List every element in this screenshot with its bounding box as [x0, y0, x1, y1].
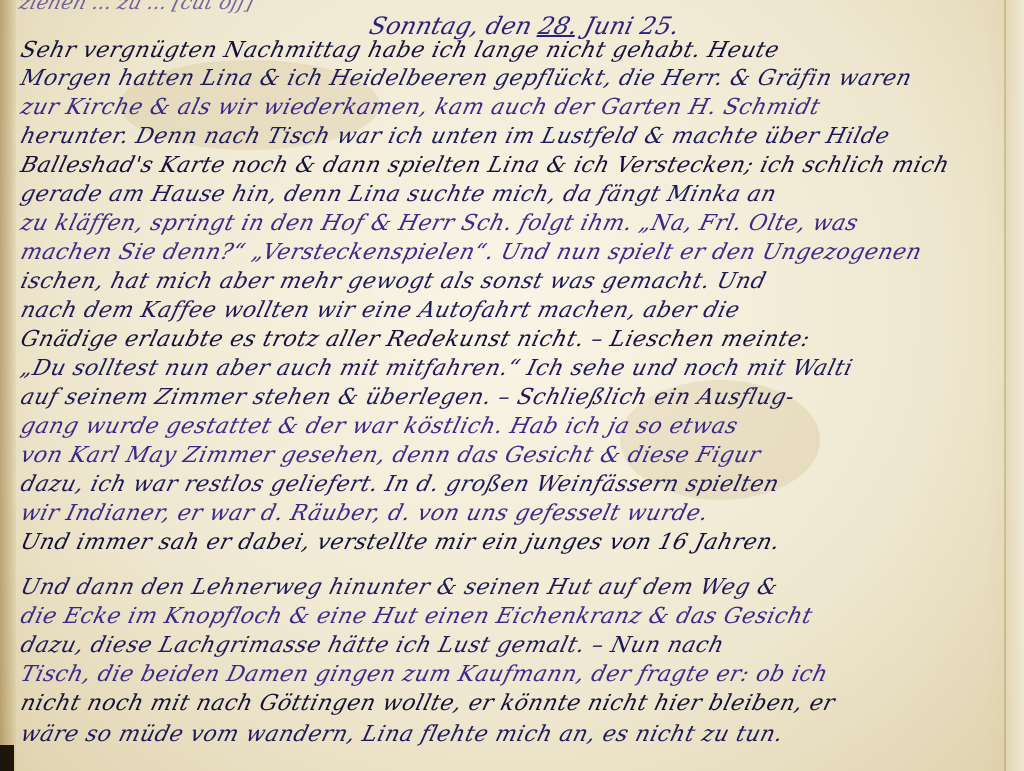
text-line: Tisch, die beiden Damen gingen zum Kaufm… [18, 662, 830, 687]
cut-off-top-line: ziehen ... zu ... [cut off] [17, 0, 257, 14]
text-line: gang wurde gestattet & der war köstlich.… [18, 414, 741, 439]
text-line: machen Sie denn?“ „Versteckenspielen“. U… [18, 240, 924, 265]
page-edge-right [1006, 0, 1024, 771]
text-line: ischen, hat mich aber mehr gewogt als so… [18, 269, 769, 294]
text-line: Und immer sah er dabei, verstellte mir e… [18, 530, 783, 555]
text-line: nach dem Kaffee wollten wir eine Autofah… [18, 298, 743, 323]
date-month: Juni [581, 12, 636, 40]
text-line: Gnädige erlaubte es trotz aller Redekuns… [18, 327, 813, 352]
text-line: herunter. Denn nach Tisch war ich unten … [18, 124, 892, 149]
date-den: den [483, 12, 535, 40]
text-line: Sehr vergnügten Nachmittag habe ich lang… [18, 38, 782, 63]
text-line: dazu, diese Lachgrimasse hätte ich Lust … [18, 633, 727, 658]
text-line: zur Kirche & als wir wiederkamen, kam au… [18, 95, 823, 120]
text-line: nicht noch mit nach Göttingen wollte, er… [18, 691, 838, 716]
text-line: auf seinem Zimmer stehen & überlegen. – … [18, 385, 797, 410]
text-line: Balleshad's Karte noch & dann spielten L… [18, 153, 952, 178]
text-line: die Ecke im Knopfloch & eine Hut einen E… [18, 604, 815, 629]
text-line: dazu, ich war restlos geliefert. In d. g… [18, 472, 782, 497]
text-line: zu kläffen, springt in den Hof & Herr Sc… [18, 211, 861, 236]
text-line: von Karl May Zimmer gesehen, denn das Ge… [18, 443, 763, 468]
text-line: Morgen hatten Lina & ich Heidelbeeren ge… [18, 66, 914, 91]
page-fold-line [1004, 0, 1006, 771]
date-year: 25. [637, 12, 682, 40]
book-corner [0, 745, 14, 771]
weekday: Sonntag, [367, 12, 483, 40]
text-line: Und dann den Lehnerweg hinunter & seinen… [18, 575, 781, 600]
text-line: „Du solltest nun aber auch mit mitfahren… [18, 356, 855, 381]
text-line: gerade am Hause hin, denn Lina suchte mi… [18, 182, 779, 207]
diary-page: ziehen ... zu ... [cut off] Sonntag, den… [0, 0, 1024, 771]
diary-date-header: Sonntag, den 28. Juni 25. [367, 12, 683, 40]
date-number: 28. [536, 12, 581, 40]
binding-shadow [0, 0, 16, 771]
text-line: wäre so müde vom wandern, Lina flehte mi… [18, 722, 786, 747]
text-line: wir Indianer, er war d. Räuber, d. von u… [18, 501, 711, 526]
